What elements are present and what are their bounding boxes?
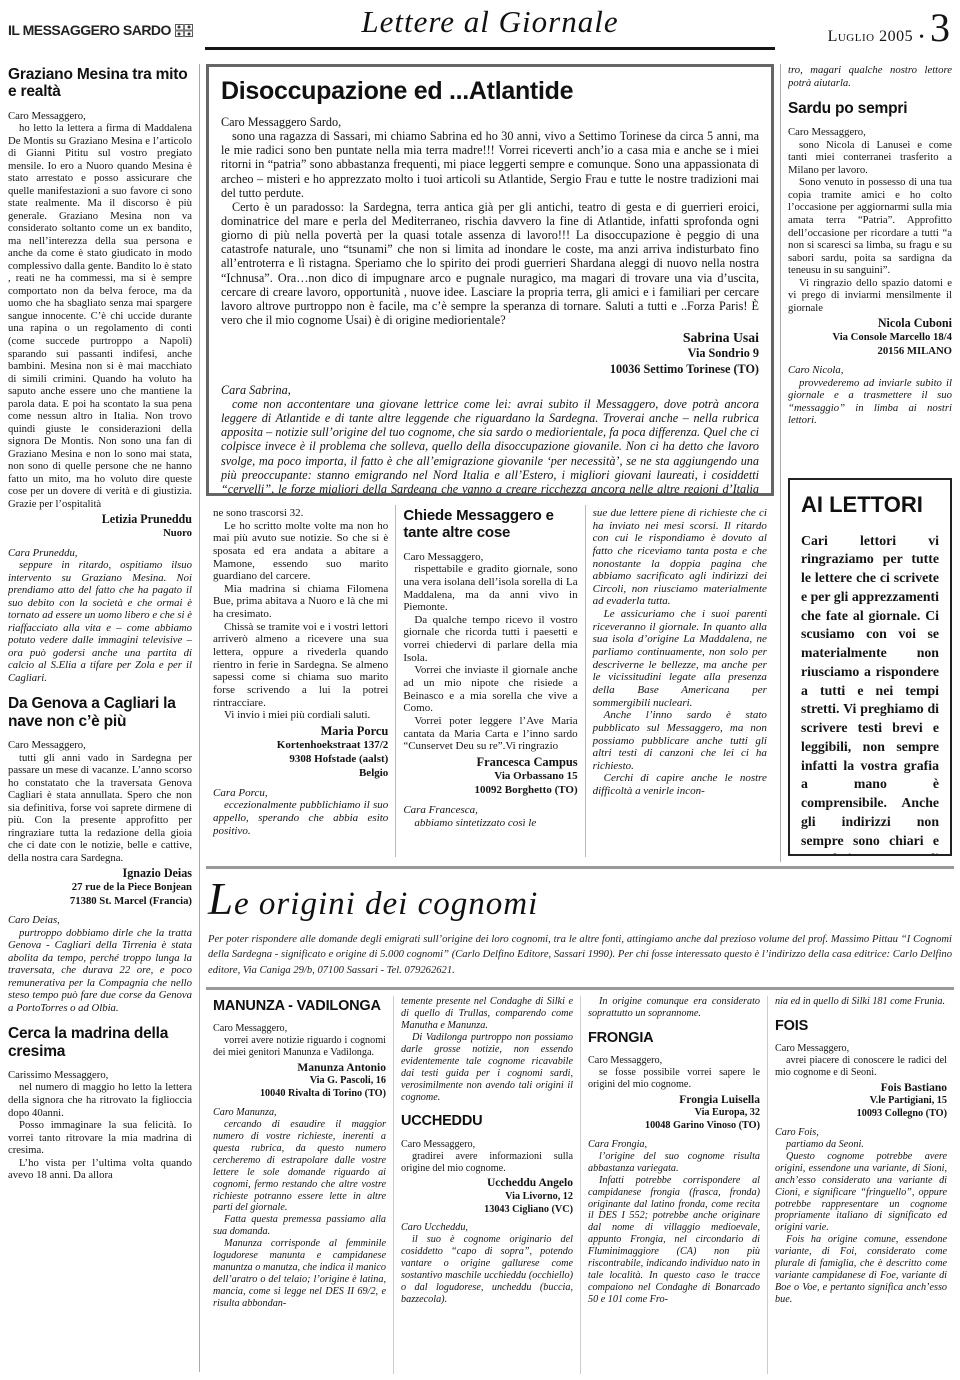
- letter-paragraph: Caro Messaggero,: [213, 1023, 386, 1035]
- article-heading: UCCHEDDU: [401, 1113, 573, 1129]
- letter-paragraph: sono Nicola di Lanusei e come tanti miei…: [788, 139, 952, 177]
- article-heading: Cerca la madrina della cresima: [8, 1025, 192, 1060]
- letter-paragraph: Vorrei poter leggere l’Ave Maria cantata…: [403, 715, 577, 753]
- reply-paragraph: Cara Porcu,: [213, 787, 388, 800]
- cognomi-section-header: Le origini dei cognomi Per poter rispond…: [206, 866, 954, 990]
- reply-paragraph: Caro Manunza,: [213, 1107, 386, 1119]
- letter-paragraph: ne sono trascorsi 32.: [213, 507, 388, 520]
- article-heading: Da Genova a Cagliari la nave non c’è più: [8, 695, 192, 730]
- signature-address-line: 9308 Hofstade (aalst): [213, 753, 388, 767]
- letter-paragraph: Caro Messaggero,: [403, 551, 577, 564]
- reply-paragraph: Caro Fois,: [775, 1127, 947, 1139]
- letter-paragraph: Certo è un paradosso: la Sardegna, terra…: [221, 200, 759, 327]
- cognomi-columns: MANUNZA - VADILONGACaro Messaggero,vorre…: [206, 996, 954, 1374]
- reply-paragraph: Fois ha origine comune, essendone varian…: [775, 1234, 947, 1306]
- reply-paragraph: Cara Pruneddu,: [8, 547, 192, 560]
- reply-paragraph: Anche l’inno sardo è stato pubblicato su…: [593, 709, 767, 772]
- cognomi-column-1: MANUNZA - VADILONGACaro Messaggero,vorre…: [206, 996, 393, 1374]
- cognomi-column-2: temente presente nel Condaghe di Silki e…: [393, 996, 580, 1374]
- signature-address-line: 20156 MILANO: [788, 345, 952, 358]
- letter-paragraph: tutti gli anni vado in Sardegna per pass…: [8, 752, 192, 865]
- newspaper-page: IL MESSAGGERO SARDO Lettere al Giornale …: [0, 0, 960, 1380]
- signature-name: Ignazio Deias: [8, 866, 192, 881]
- reply-paragraph: partiamo da Seoni.: [775, 1139, 947, 1151]
- reply-paragraph: Cara Sabrina,: [221, 383, 759, 397]
- signature-name: Nicola Cuboni: [788, 316, 952, 331]
- letter-paragraph: Vorrei che inviaste il giornale anche ad…: [403, 664, 577, 715]
- signature-address-line: 13043 Cigliano (VC): [401, 1204, 573, 1217]
- letter-signature: Maria PorcuKortenhoekstraat 137/29308 Ho…: [213, 724, 388, 781]
- reply-paragraph: Manunza corrisponde al femminile logudor…: [213, 1238, 386, 1310]
- reply-paragraph: cercando di esaudire il maggior numero d…: [213, 1119, 386, 1215]
- article-heading: MANUNZA - VADILONGA: [213, 998, 386, 1014]
- letter-paragraph: Caro Messaggero,: [588, 1055, 760, 1067]
- reply-paragraph: il suo è cognome originario del cosiddet…: [401, 1234, 573, 1306]
- signature-address-line: Belgio: [213, 767, 388, 781]
- reply-paragraph: Cara Francesca,: [403, 804, 577, 817]
- reply-paragraph: come non accontentare una giovane lettri…: [221, 397, 759, 496]
- reply-paragraph: Cerchi di capire anche le nostre diffico…: [593, 772, 767, 797]
- reply-paragraph: temente presente nel Condaghe di Silki e…: [401, 996, 573, 1032]
- reply-paragraph: l’origine del suo cognome risulta abbast…: [588, 1151, 760, 1175]
- signature-address-line: 27 rue de la Piece Bonjean: [8, 881, 192, 894]
- middle-columns: ne sono trascorsi 32.Le ho scritto molte…: [206, 505, 774, 857]
- letter-paragraph: Caro Messaggero,: [401, 1139, 573, 1151]
- letter-paragraph: Caro Messaggero,: [788, 126, 952, 139]
- letter-signature: Manunza AntonioVia G. Pascoli, 1610040 R…: [213, 1061, 386, 1101]
- right-column-letters: tro, magari qualche nostro lettore potrà…: [788, 64, 952, 472]
- signature-address-line: Via Sondrio 9: [221, 346, 759, 361]
- cognomi-title: Le origini dei cognomi: [208, 873, 952, 925]
- letter-signature: Letizia PrunedduNuoro: [8, 512, 192, 540]
- reply-paragraph: Infatti potrebbe corrispondere al campid…: [588, 1175, 760, 1306]
- letter-signature: Sabrina UsaiVia Sondrio 910036 Settimo T…: [221, 329, 759, 377]
- letter-paragraph: rispettabile e gradito giornale, sono un…: [403, 563, 577, 614]
- letter-paragraph: gradirei avere informazioni sulla origin…: [401, 1151, 573, 1175]
- signature-address-line: 10092 Borghetto (TO): [403, 784, 577, 798]
- article-heading: Chiede Messaggero e tante altre cose: [403, 508, 577, 542]
- letter-paragraph: Vi invio i miei più cordiali saluti.: [213, 709, 388, 722]
- letter-paragraph: Chissà se tramite voi e i vostri lettori…: [213, 621, 388, 709]
- signature-name: Maria Porcu: [213, 724, 388, 740]
- signature-address-line: 10040 Rivalta di Torino (TO): [213, 1088, 386, 1101]
- letter-signature: Uccheddu AngeloVia Livorno, 1213043 Cigl…: [401, 1176, 573, 1216]
- reply-paragraph: Le assicuriamo che i suoi parenti riceve…: [593, 608, 767, 709]
- issue-info: Luglio 2005 • 3: [828, 10, 950, 46]
- middle-column-3: sue due lettere piene di richieste che c…: [585, 505, 774, 857]
- featured-box-body: Caro Messaggero Sardo,sono una ragazza d…: [221, 115, 759, 496]
- reply-paragraph: Caro Uccheddu,: [401, 1222, 573, 1234]
- atlantide-featured-box: Disoccupazione ed ...Atlantide Caro Mess…: [206, 64, 774, 496]
- article-heading: FRONGIA: [588, 1030, 760, 1046]
- ai-lettori-box: AI LETTORI Cari lettori vi ringraziamo p…: [788, 478, 952, 856]
- cognomi-column-3: In origine comunque era considerato sopr…: [580, 996, 767, 1374]
- signature-address-line: V.le Partigiani, 15: [775, 1095, 947, 1108]
- left-column: Graziano Mesina tra mito e realtàCaro Me…: [8, 64, 192, 1372]
- signature-name: Letizia Pruneddu: [8, 512, 192, 527]
- letter-signature: Fois BastianoV.le Partigiani, 1510093 Co…: [775, 1081, 947, 1121]
- signature-address-line: 10093 Collegno (TO): [775, 1108, 947, 1121]
- letter-paragraph: Vi ringrazio dello spazio datomi e vi pr…: [788, 277, 952, 315]
- letter-paragraph: nel numero di maggio ho letto la lettera…: [8, 1081, 192, 1119]
- letter-signature: Nicola CuboniVia Console Marcello 18/420…: [788, 316, 952, 358]
- reply-paragraph: Cara Frongia,: [588, 1139, 760, 1151]
- article-heading: Graziano Mesina tra mito e realtà: [8, 66, 192, 101]
- sardinia-flag-icon: [175, 24, 193, 37]
- letter-paragraph: Le ho scritto molte volte ma non ho mai …: [213, 520, 388, 583]
- letter-paragraph: Caro Messaggero,: [8, 110, 192, 123]
- reply-paragraph: tro, magari qualche nostro lettore potrà…: [788, 64, 952, 89]
- featured-box-title: Disoccupazione ed ...Atlantide: [221, 77, 759, 106]
- signature-address-line: 71380 St. Marcel (Francia): [8, 895, 192, 908]
- signature-address-line: Via Europa, 32: [588, 1107, 760, 1120]
- letter-paragraph: Caro Messaggero,: [8, 739, 192, 752]
- reply-paragraph: purtroppo dobbiamo dirle che la tratta G…: [8, 927, 192, 1015]
- signature-name: Francesca Campus: [403, 755, 577, 771]
- issue-date: Luglio 2005: [828, 28, 914, 46]
- ai-lettori-title: AI LETTORI: [801, 492, 939, 518]
- ai-lettori-text: Cari lettori vi ringraziamo per tutte le…: [801, 532, 939, 856]
- letter-paragraph: vorrei avere notizie riguardo i cognomi …: [213, 1035, 386, 1059]
- reply-paragraph: seppure in ritardo, ospitiamo ilsuo inte…: [8, 559, 192, 684]
- letter-paragraph: ho letto la lettera a firma di Maddalena…: [8, 122, 192, 510]
- reply-paragraph: Caro Deias,: [8, 914, 192, 927]
- signature-address-line: Nuoro: [8, 527, 192, 540]
- reply-paragraph: Questo cognome potrebbe avere origini, e…: [775, 1151, 947, 1235]
- letter-paragraph: Sono venuto in possesso di una tua copia…: [788, 176, 952, 276]
- cognomi-intro: Per poter rispondere alle domande degli …: [208, 932, 952, 978]
- letter-paragraph: Mia madrina si chiama Filomena Bue, prim…: [213, 583, 388, 621]
- letter-paragraph: Caro Messaggero,: [775, 1043, 947, 1055]
- signature-address-line: Via G. Pascoli, 16: [213, 1075, 386, 1088]
- middle-column-1: ne sono trascorsi 32.Le ho scritto molte…: [206, 505, 395, 857]
- signature-name: Uccheddu Angelo: [401, 1176, 573, 1190]
- signature-name: Manunza Antonio: [213, 1061, 386, 1075]
- reply-paragraph: Caro Nicola,: [788, 364, 952, 377]
- column-divider: [199, 64, 200, 1372]
- letter-paragraph: avrei piacere di conoscere le radici del…: [775, 1055, 947, 1079]
- reply-paragraph: Fatta questa premessa passiamo alla sua …: [213, 1214, 386, 1238]
- reply-paragraph: abbiamo sintetizzato così le: [403, 817, 577, 830]
- masthead: IL MESSAGGERO SARDO Lettere al Giornale …: [0, 0, 960, 58]
- letter-paragraph: Carissimo Messaggero,: [8, 1069, 192, 1082]
- column-divider: [780, 64, 781, 862]
- newspaper-logo: IL MESSAGGERO SARDO: [8, 22, 193, 38]
- page-title: Lettere al Giornale: [205, 4, 775, 40]
- signature-address-line: Via Console Marcello 18/4: [788, 331, 952, 344]
- letter-paragraph: Caro Messaggero Sardo,: [221, 115, 759, 129]
- article-heading: FOIS: [775, 1018, 947, 1034]
- signature-name: Sabrina Usai: [221, 329, 759, 346]
- reply-paragraph: eccezionalmente pubblichiamo il suo appe…: [213, 799, 388, 837]
- masthead-rule: [205, 47, 775, 50]
- signature-address-line: Via Orbassano 15: [403, 770, 577, 784]
- signature-name: Frongia Luisella: [588, 1093, 760, 1107]
- cognomi-column-4: nia ed in quello di Silki 181 come Fruni…: [767, 996, 954, 1374]
- letter-paragraph: sono una ragazza di Sassari, mi chiamo S…: [221, 129, 759, 200]
- reply-paragraph: sue due lettere piene di richieste che c…: [593, 507, 767, 608]
- reply-paragraph: nia ed in quello di Silki 181 come Fruni…: [775, 996, 947, 1008]
- signature-address-line: 10036 Settimo Torinese (TO): [221, 362, 759, 377]
- right-column: tro, magari qualche nostro lettore potrà…: [788, 64, 952, 862]
- letter-paragraph: se fosse possibile vorrei sapere le orig…: [588, 1067, 760, 1091]
- article-heading: Sardu po sempri: [788, 100, 952, 117]
- reply-paragraph: Di Vadilonga purtroppo non possiamo darl…: [401, 1032, 573, 1104]
- letter-signature: Frongia LuisellaVia Europa, 3210048 Gari…: [588, 1093, 760, 1133]
- letter-paragraph: Posso immaginare la sua felicità. Io vor…: [8, 1119, 192, 1157]
- issue-separator: •: [919, 30, 924, 46]
- signature-name: Fois Bastiano: [775, 1081, 947, 1095]
- center-region: Disoccupazione ed ...Atlantide Caro Mess…: [206, 64, 774, 857]
- letter-paragraph: Da qualche tempo ricevo il vostro giorna…: [403, 614, 577, 665]
- page-number: 3: [930, 10, 950, 46]
- letter-paragraph: L’ho vista per l’ultima volta quando ave…: [8, 1157, 192, 1182]
- reply-paragraph: provvederemo ad inviarle subito il giorn…: [788, 377, 952, 427]
- reply-paragraph: In origine comunque era considerato sopr…: [588, 996, 760, 1020]
- newspaper-logo-text: IL MESSAGGERO SARDO: [8, 22, 171, 38]
- letter-signature: Ignazio Deias27 rue de la Piece Bonjean7…: [8, 866, 192, 908]
- letter-signature: Francesca CampusVia Orbassano 1510092 Bo…: [403, 755, 577, 798]
- signature-address-line: Kortenhoekstraat 137/2: [213, 739, 388, 753]
- signature-address-line: Via Livorno, 12: [401, 1191, 573, 1204]
- signature-address-line: 10048 Garino Vinoso (TO): [588, 1120, 760, 1133]
- middle-column-2: Chiede Messaggero e tante altre coseCaro…: [395, 505, 584, 857]
